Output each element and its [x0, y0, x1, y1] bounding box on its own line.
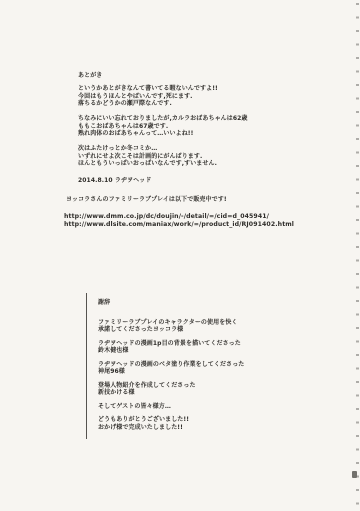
text-line: どうもありがとうございました!! [98, 416, 244, 424]
afterword-paragraph-2: ちなみにいい忘れておりましたが,カルラおばあちゃんは62歳 ももこおばあちゃんは… [78, 115, 248, 138]
acknowledgment-entry: そしてゲストの皆々様方… [98, 403, 244, 411]
sales-urls: http://www.dmm.co.jp/dc/doujin/-/detail/… [64, 213, 294, 229]
acknowledgment-entry: ラヂヲヘッドの漫画のベタ塗り作業をしてくださった 神尾96様 [98, 361, 244, 376]
afterword-paragraph-1: というかあとがきなんて書いてる暇ないんですよ!! 今回はもうほんとやばいんです,… [78, 85, 218, 108]
text-line: 次はふたけっとか冬コミか… [78, 145, 217, 153]
text-line: 登場人物紹介を作成してくださった [98, 382, 244, 390]
scan-edge-artifacts [356, 3, 359, 507]
scan-artifact [352, 471, 357, 478]
text-line: ファミリーラブプレイのキャラクターの使用を快く [98, 319, 244, 327]
url-dlsite: http://www.dlsite.com/maniax/work/=/prod… [64, 221, 294, 229]
text-line: そしてゲストの皆々様方… [98, 403, 244, 411]
text-line: 熟れ肉体のおばあちゃんって…いいよね!! [78, 130, 248, 138]
text-line: ラヂヲヘッドの漫画のベタ塗り作業をしてくださった [98, 361, 244, 369]
date-signature: 2014.8.10 ラヂヲヘッド [78, 177, 151, 185]
afterword-paragraph-3: 次はふたけっとか冬コミか… いずれにせよ次こそは計画的にがんばります. ほんとも… [78, 145, 217, 168]
text-line: 鈴木健也様 [98, 347, 244, 355]
acknowledgments-rule [86, 293, 87, 439]
acknowledgment-entry: 登場人物紹介を作成してくださった 新技かける様 [98, 382, 244, 397]
acknowledgment-entry: ラヂヲヘッドの漫画1p目の背景を描いてくださった 鈴木健也様 [98, 340, 244, 355]
sales-notice: ヨッコラさんのファミリーラブプレイは以下で販売中です! [66, 196, 227, 204]
text-line: 承諾してくださったヨッコラ様 [98, 326, 244, 334]
text-line: というかあとがきなんて書いてる暇ないんですよ!! [78, 85, 218, 93]
text-line: ちなみにいい忘れておりましたが,カルラおばあちゃんは62歳 [78, 115, 248, 123]
acknowledgments-heading: 謝辞 [98, 299, 244, 307]
text-line: いずれにせよ次こそは計画的にがんばります. [78, 153, 217, 161]
afterword-page: あとがき というかあとがきなんて書いてる暇ないんですよ!! 今回はもうほんとやば… [0, 0, 360, 511]
text-line: ほんともういっぱいおっぱいなんです,すいません. [78, 160, 217, 168]
afterword-heading: あとがき [78, 72, 102, 80]
acknowledgment-entry: どうもありがとうございました!! おかげ様で完成いたしました!! [98, 416, 244, 431]
text-line: 落ちるかどうかの瀬戸際なんです. [78, 100, 218, 108]
text-line: 神尾96様 [98, 368, 244, 376]
text-line: ラヂヲヘッドの漫画1p目の背景を描いてくださった [98, 340, 244, 348]
text-line: おかげ様で完成いたしました!! [98, 424, 244, 432]
text-line: ももこおばあちゃんは67歳です. [78, 123, 248, 131]
url-dmm: http://www.dmm.co.jp/dc/doujin/-/detail/… [64, 213, 294, 221]
text-line: 新技かける様 [98, 389, 244, 397]
acknowledgment-entry: ファミリーラブプレイのキャラクターの使用を快く 承諾してくださったヨッコラ様 [98, 319, 244, 334]
acknowledgments-section: 謝辞 ファミリーラブプレイのキャラクターの使用を快く 承諾してくださったヨッコラ… [98, 299, 244, 437]
text-line: 今回はもうほんとやばいんです,死にます. [78, 93, 218, 101]
